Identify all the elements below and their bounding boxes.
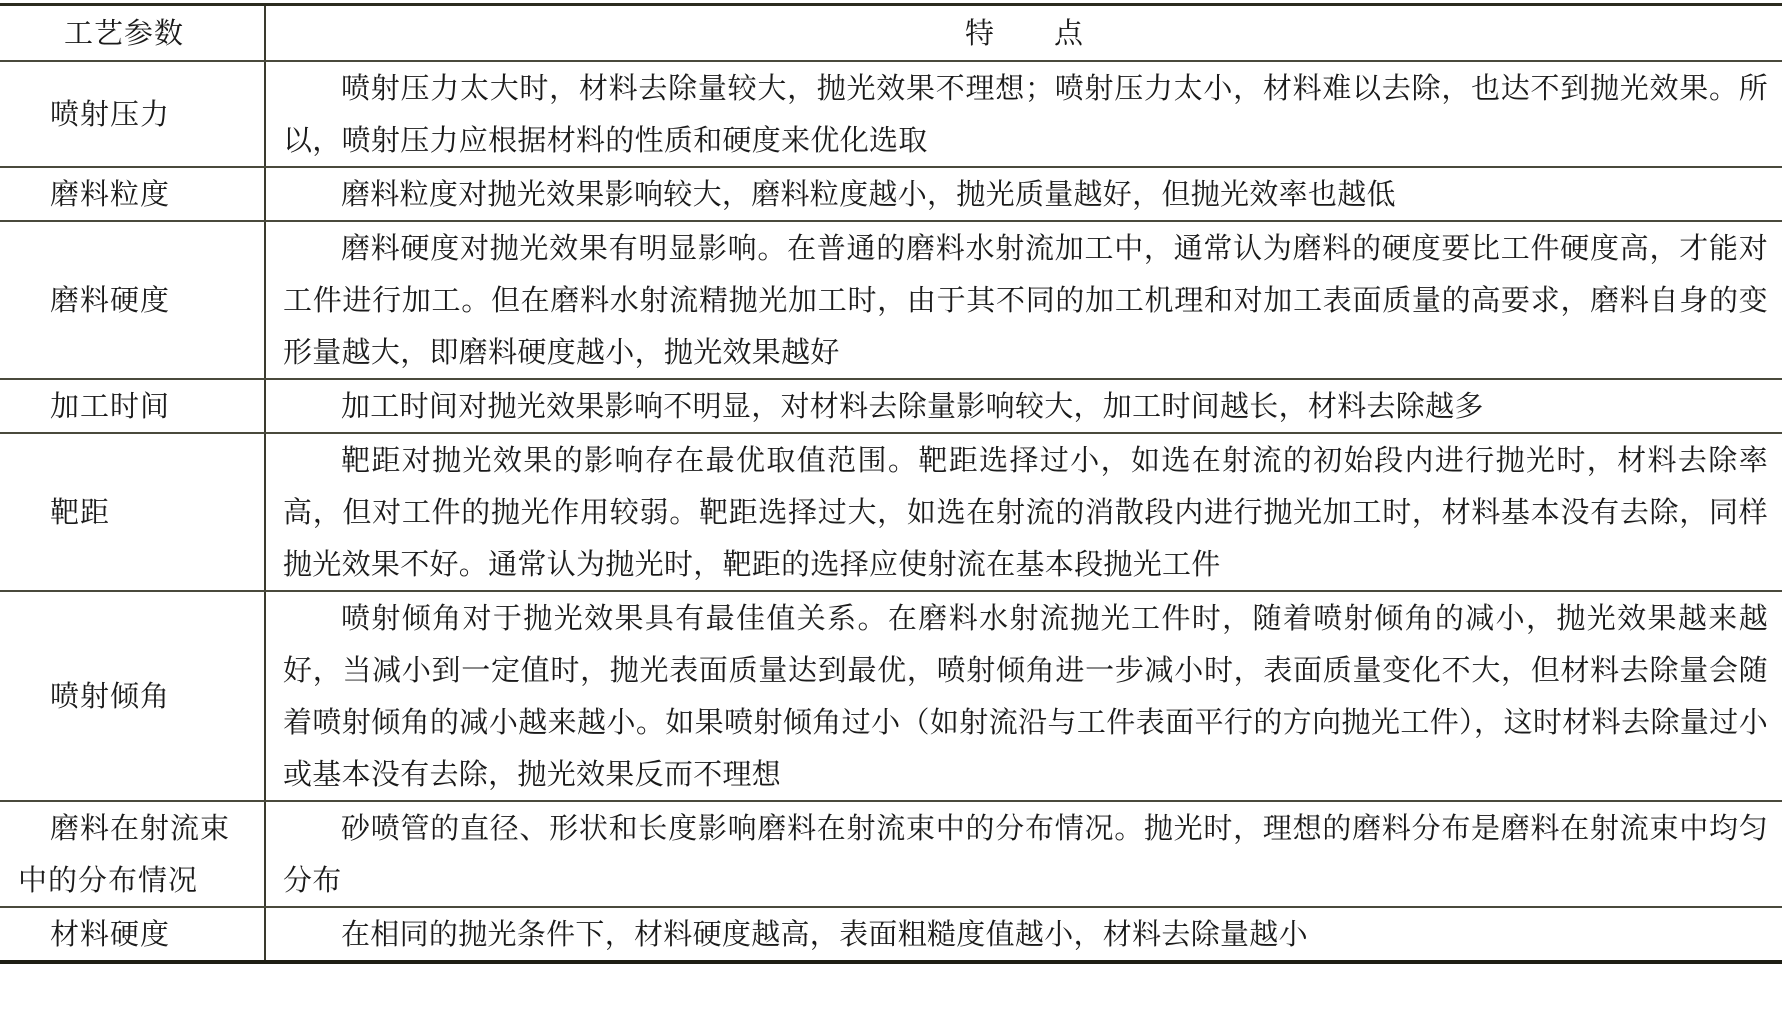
desc-cell: 喷射倾角对于抛光效果具有最佳值关系。在磨料水射流抛光工件时，随着喷射倾角的减小，…	[265, 591, 1782, 801]
desc-cell: 磨料粒度对抛光效果影响较大，磨料粒度越小，抛光质量越好，但抛光效率也越低	[265, 167, 1782, 221]
param-cell: 加工时间	[0, 379, 265, 433]
param-cell-line-1: 磨料在射流束	[18, 802, 256, 854]
desc-cell: 在相同的抛光条件下，材料硬度越高，表面粗糙度值越小，材料去除量越小	[265, 907, 1782, 962]
table-row: 加工时间 加工时间对抛光效果影响不明显，对材料去除量影响较大，加工时间越长，材料…	[0, 379, 1782, 433]
param-cell-line-2: 中的分布情况	[18, 854, 256, 906]
desc-cell: 喷射压力太大时，材料去除量较大，抛光效果不理想；喷射压力太小，材料难以去除，也达…	[265, 61, 1782, 167]
header-feature-char-2: 点	[1054, 16, 1083, 50]
process-parameters-table: 工艺参数 特点 喷射压力 喷射压力太大时，材料去除量较大，抛光效果不理想；喷射压…	[0, 3, 1782, 964]
table-row: 喷射压力 喷射压力太大时，材料去除量较大，抛光效果不理想；喷射压力太小，材料难以…	[0, 61, 1782, 167]
table-row: 磨料在射流束 中的分布情况 砂喷管的直径、形状和长度影响磨料在射流束中的分布情况…	[0, 801, 1782, 907]
table-row: 喷射倾角 喷射倾角对于抛光效果具有最佳值关系。在磨料水射流抛光工件时，随着喷射倾…	[0, 591, 1782, 801]
header-feature: 特点	[265, 5, 1782, 62]
param-cell: 磨料粒度	[0, 167, 265, 221]
header-feature-char-1: 特	[965, 16, 994, 50]
desc-cell: 砂喷管的直径、形状和长度影响磨料在射流束中的分布情况。抛光时，理想的磨料分布是磨…	[265, 801, 1782, 907]
param-cell: 靶距	[0, 433, 265, 591]
param-cell: 喷射压力	[0, 61, 265, 167]
table-header-row: 工艺参数 特点	[0, 5, 1782, 62]
desc-cell: 靶距对抛光效果的影响存在最优取值范围。靶距选择过小，如选在射流的初始段内进行抛光…	[265, 433, 1782, 591]
table-row: 材料硬度 在相同的抛光条件下，材料硬度越高，表面粗糙度值越小，材料去除量越小	[0, 907, 1782, 962]
param-cell: 喷射倾角	[0, 591, 265, 801]
param-cell: 磨料在射流束 中的分布情况	[0, 801, 265, 907]
header-param: 工艺参数	[0, 5, 265, 62]
table-row: 磨料粒度 磨料粒度对抛光效果影响较大，磨料粒度越小，抛光质量越好，但抛光效率也越…	[0, 167, 1782, 221]
param-cell: 磨料硬度	[0, 221, 265, 379]
desc-cell: 磨料硬度对抛光效果有明显影响。在普通的磨料水射流加工中，通常认为磨料的硬度要比工…	[265, 221, 1782, 379]
table-row: 靶距 靶距对抛光效果的影响存在最优取值范围。靶距选择过小，如选在射流的初始段内进…	[0, 433, 1782, 591]
param-cell: 材料硬度	[0, 907, 265, 962]
desc-cell: 加工时间对抛光效果影响不明显，对材料去除量影响较大，加工时间越长，材料去除越多	[265, 379, 1782, 433]
table-row: 磨料硬度 磨料硬度对抛光效果有明显影响。在普通的磨料水射流加工中，通常认为磨料的…	[0, 221, 1782, 379]
